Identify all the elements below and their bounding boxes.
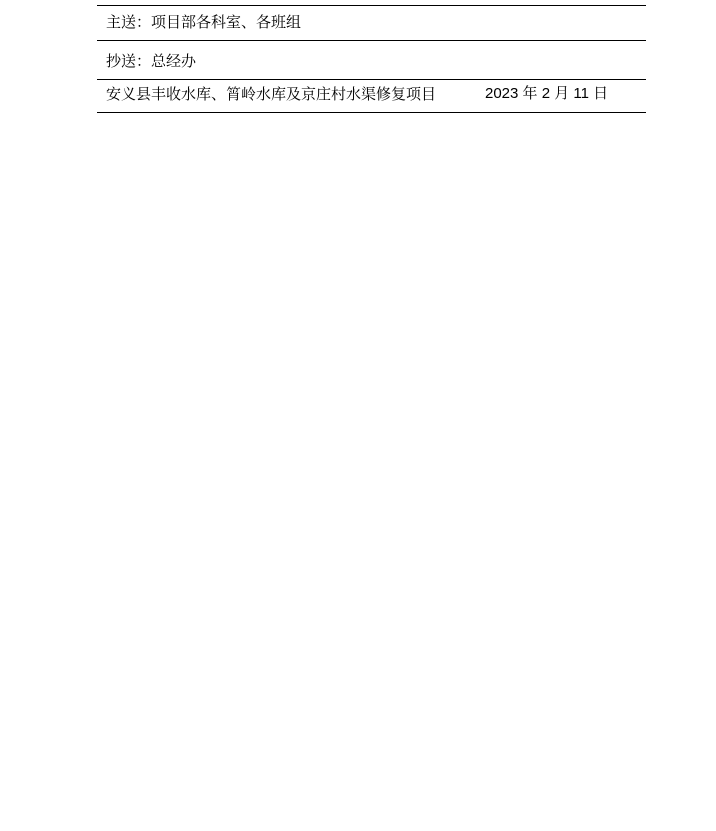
divider-bottom — [97, 112, 646, 113]
main-recipients: 主送：项目部各科室、各班组 — [106, 12, 301, 32]
issue-date: 2023 年 2 月 11 日 — [485, 84, 608, 104]
issuer: 安义县丰收水库、筲岭水库及京庄村水渠修复项目 — [106, 84, 436, 104]
divider-top — [97, 5, 646, 6]
divider — [97, 79, 646, 80]
divider — [97, 40, 646, 41]
cc-recipients: 抄送：总经办 — [106, 51, 196, 71]
